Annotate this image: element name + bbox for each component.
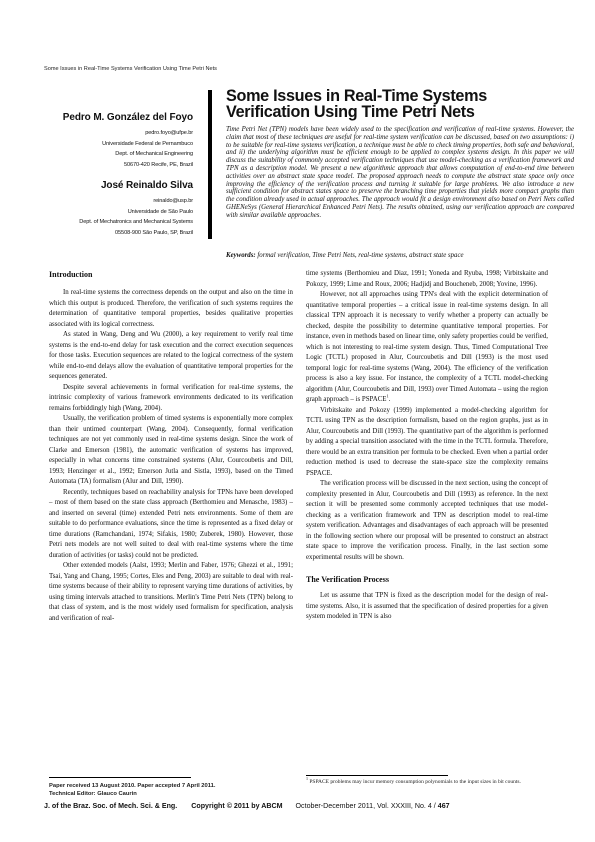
author-name: José Reinaldo Silva [20,180,193,191]
running-head: Some Issues in Real-Time Systems Verific… [44,66,217,72]
paragraph: Recently, techniques based on reachabili… [49,488,293,562]
author-2: José Reinaldo Silva reinaldo@usp.br Univ… [20,180,193,238]
paper-title: Some Issues in Real-Time Systems Verific… [226,88,586,120]
author-address: 05508-900 São Paulo, SP, Brazil [20,228,193,239]
paragraph: Usually, the verification problem of tim… [49,414,293,488]
author-department: Dept. of Mechatronics and Mechanical Sys… [20,217,193,228]
paragraph: Let us assume that TPN is fixed as the d… [306,591,548,623]
author-1: Pedro M. González del Foyo pedro.foyo@uf… [20,112,193,170]
received-dates: Paper received 13 August 2010. Paper acc… [49,782,215,790]
journal-name: J. of the Braz. Soc. of Mech. Sci. & Eng… [44,802,177,810]
keywords: Keywords: formal verification, Time Petr… [226,252,574,260]
paragraph: Other extended models (Aalst, 1993; Merl… [49,561,293,624]
paragraph-continuation: time systems (Berthomieu and Diaz, 1991;… [306,269,548,290]
title-vertical-rule [208,90,212,239]
received-info: Paper received 13 August 2010. Paper acc… [49,782,215,798]
title-line-2: Verification Using Time Petri Nets [226,103,475,121]
paragraph: As stated in Wang, Deng and Wu (2000), a… [49,330,293,383]
copyright: Copyright © 2011 by ABCM [191,802,282,810]
right-column: time systems (Berthomieu and Diaz, 1991;… [306,269,548,623]
page-footer: J. of the Braz. Soc. of Mech. Sci. & Eng… [44,802,549,810]
paragraph-text: However, not all approaches using TPN's … [306,291,548,403]
footnote: 1 PSPACE problems may incur memory consu… [306,779,548,787]
technical-editor: Technical Editor: Glauco Caurin [49,790,215,798]
footnote-marker[interactable]: 1 [387,394,389,399]
author-block: Pedro M. González del Foyo pedro.foyo@uf… [20,112,193,238]
author-name: Pedro M. González del Foyo [20,112,193,123]
footnote-rule [49,777,191,778]
keywords-text: formal verification, Time Petri Nets, re… [256,252,464,259]
paragraph: However, not all approaches using TPN's … [306,290,548,406]
paragraph: Virbitskaite and Pokozy (1999) implement… [306,406,548,480]
section-heading-verification-process: The Verification Process [306,575,548,585]
paragraph: The verification process will be discuss… [306,479,548,563]
footnote-text: PSPACE problems may incur memory consump… [308,779,521,785]
paragraph: In real-time systems the correctness dep… [49,288,293,330]
issue-info: October-December 2011, Vol. XXXIII, No. … [296,802,438,810]
author-email[interactable]: reinaldo@usp.br [20,196,193,207]
page-number: 467 [438,802,450,810]
author-affiliation: Universidade Federal de Pernambuco [20,139,193,150]
footnote-rule [306,775,448,776]
keywords-label: Keywords: [226,252,256,259]
author-email[interactable]: pedro.foyo@ufpe.br [20,128,193,139]
left-column: Introduction In real-time systems the co… [49,268,293,624]
author-affiliation: Universidade de São Paulo [20,207,193,218]
abstract: Time Petri Net (TPN) models have been wi… [226,126,574,220]
author-department: Dept. of Mechanical Engineering [20,149,193,160]
section-heading-introduction: Introduction [49,270,293,280]
paragraph: Despite several achievements in formal v… [49,383,293,415]
author-address: 50670-420 Recife, PE, Brazil [20,160,193,171]
